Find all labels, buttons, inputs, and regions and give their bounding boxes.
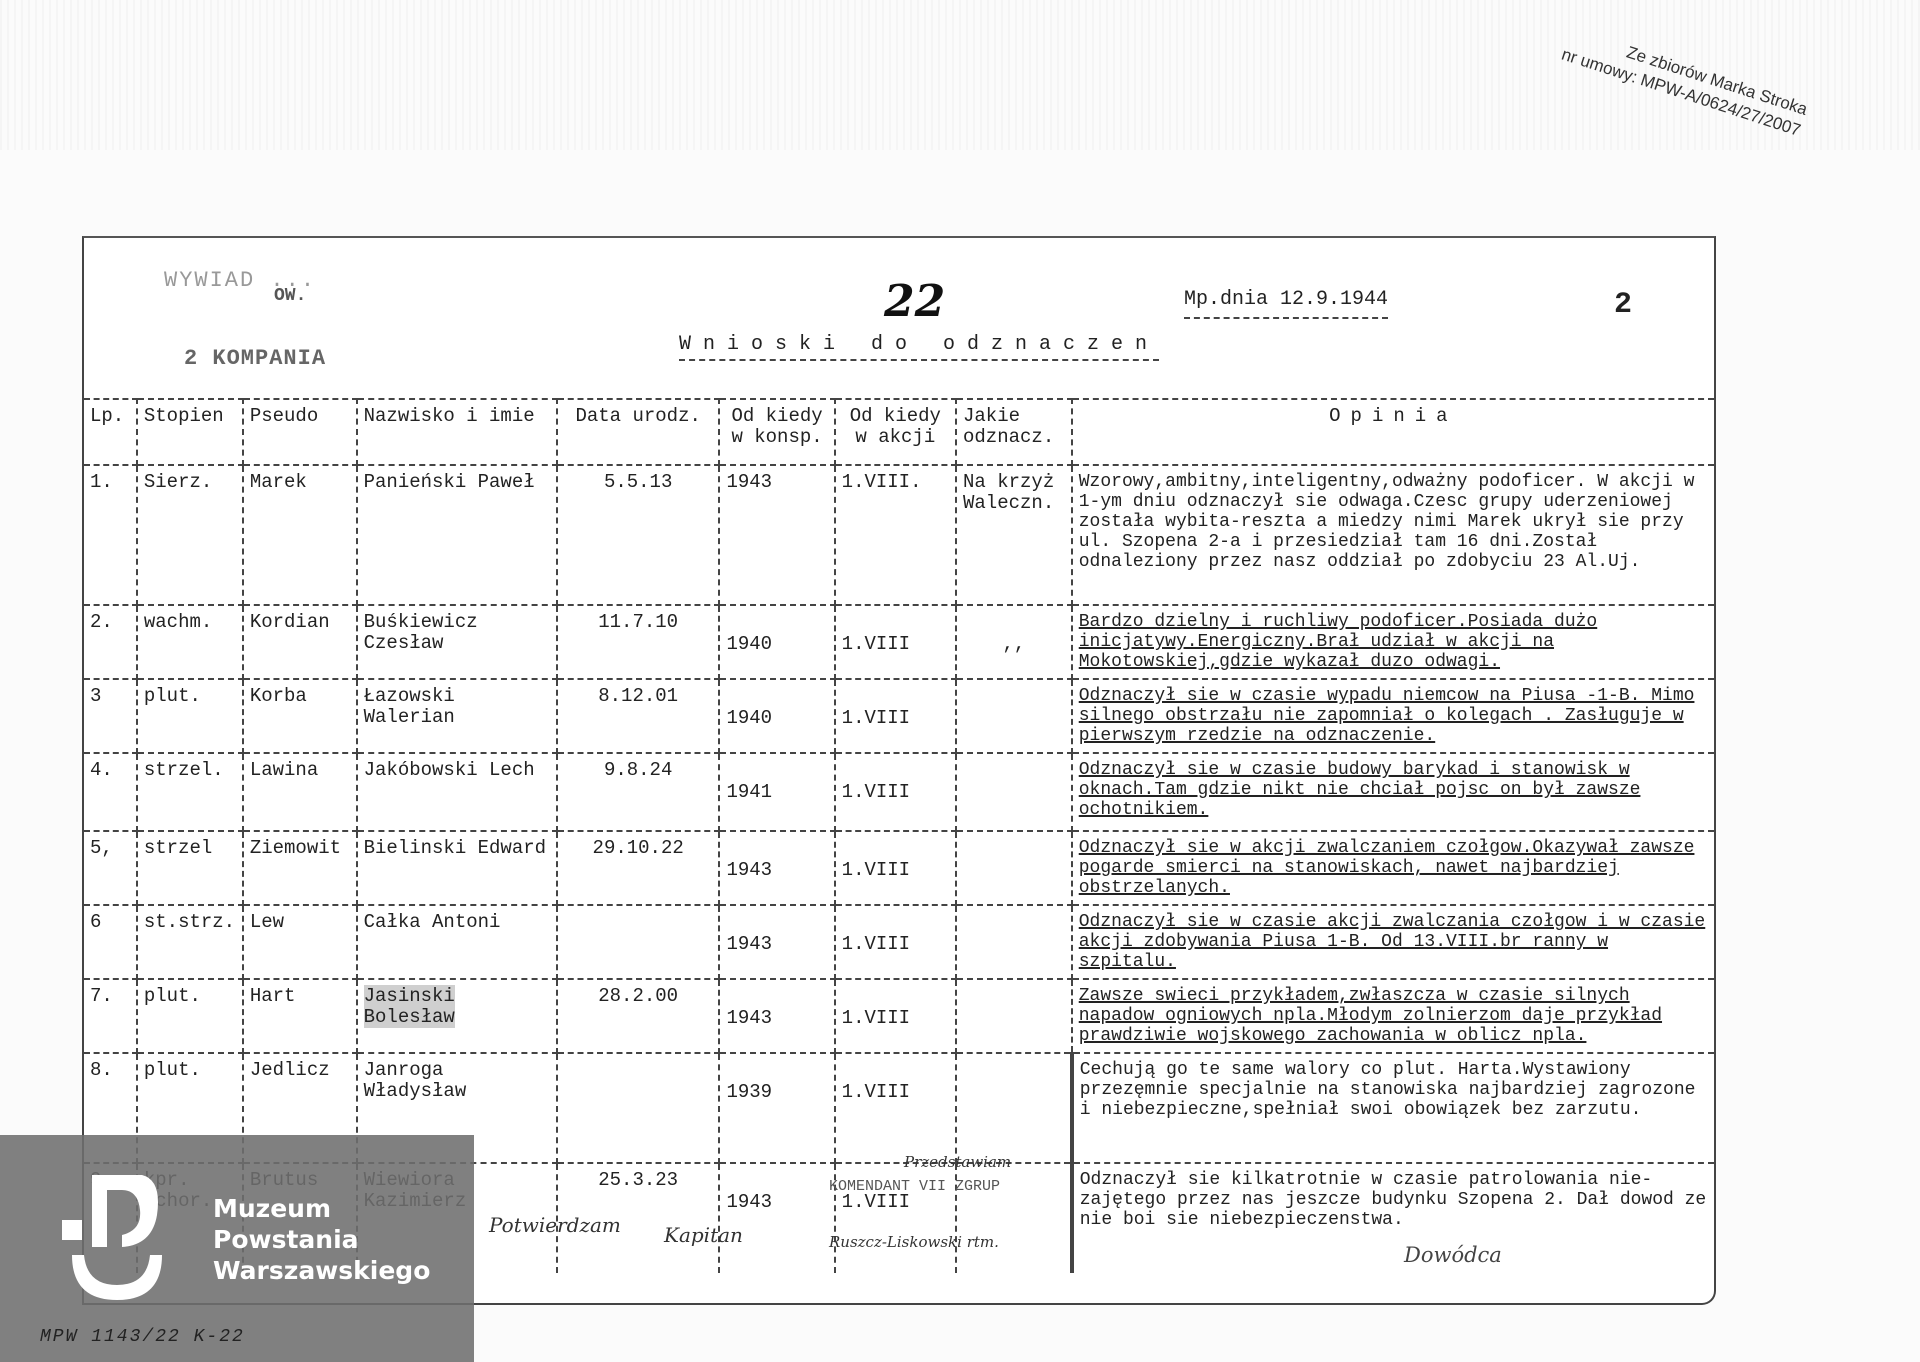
cell-odznacz <box>956 979 1072 1053</box>
cell-data-urodz: 8.12.01 <box>557 679 720 753</box>
cell-lp: 7. <box>84 979 137 1053</box>
cell-lp: 6 <box>84 905 137 979</box>
annotation-komendant: KOMENDANT VII ZGRUP <box>829 1178 1000 1195</box>
museum-name-line-3: Warszawskiego <box>213 1255 430 1286</box>
cell-data-urodz: 11.7.10 <box>557 605 720 679</box>
cell-pseudo: Kordian <box>243 605 357 679</box>
museum-name-line-1: Muzeum <box>213 1193 430 1224</box>
cell-stopien: Sierz. <box>137 465 243 605</box>
cell-od-akcji: 1.VIII <box>835 979 956 1053</box>
cell-od-akcji: 1.VIII <box>835 679 956 753</box>
museum-logo-overlay: Muzeum Powstania Warszawskiego MPW 1143/… <box>0 1135 474 1362</box>
table-row: 3 plut. Korba Łazowski Walerian 8.12.01 … <box>84 679 1714 753</box>
cell-pseudo: Lew <box>243 905 357 979</box>
table-header-row: Lp. Stopien Pseudo Nazwisko i imie Data … <box>84 399 1714 465</box>
header-pseudo: Pseudo <box>243 399 357 465</box>
annotation-rotmistrz: Ruszcz-Liskowski rtm. <box>829 1233 999 1251</box>
cell-od-akcji: 1.VIII <box>835 753 956 831</box>
cell-od-konsp: 1940 <box>719 605 834 679</box>
cell-data-urodz: 9.8.24 <box>557 753 720 831</box>
table-row: 4. strzel. Lawina Jakóbowski Lech 9.8.24… <box>84 753 1714 831</box>
cell-opinia: Odznaczył sie w czasie wypadu niemcow na… <box>1072 679 1714 753</box>
table-row: 6 st.strz. Lew Całka Antoni 1943 1.VIII … <box>84 905 1714 979</box>
table-row: 5, strzel Ziemowit Bielinski Edward 29.1… <box>84 831 1714 905</box>
unit-stamp: WYWIAD ... OW. 2 KOMPANIA <box>124 268 384 378</box>
cell-nazwisko: Jasinski Bolesław <box>357 979 557 1053</box>
cell-opinia: Odznaczył sie w czasie akcji zwalczania … <box>1072 905 1714 979</box>
table-row: 1. Sierz. Marek Panieński Paweł 5.5.13 1… <box>84 465 1714 605</box>
cell-pseudo: Ziemowit <box>243 831 357 905</box>
cell-opinia: Odznaczył sie w akcji zwalczaniem czołgo… <box>1072 831 1714 905</box>
cell-data-urodz: 29.10.22 <box>557 831 720 905</box>
cell-od-akcji: 1.VIII <box>835 905 956 979</box>
cell-od-akcji: 1.VIII <box>835 605 956 679</box>
cell-stopien: strzel. <box>137 753 243 831</box>
cell-odznacz <box>956 831 1072 905</box>
museum-name-line-2: Powstania <box>213 1224 430 1255</box>
cell-stopien: strzel <box>137 831 243 905</box>
cell-od-konsp: 1943 <box>719 465 834 605</box>
commander-signature: Dowódca <box>1404 1243 1502 1267</box>
cell-odznacz: ,, <box>956 605 1072 679</box>
cell-od-konsp: 1943 <box>719 979 834 1053</box>
cell-od-akcji: 1.VIII <box>835 1053 956 1163</box>
cell-opinia: Wzorowy,ambitny,inteligentny,odważny pod… <box>1072 465 1714 605</box>
cell-lp: 2. <box>84 605 137 679</box>
cell-stopien: wachm. <box>137 605 243 679</box>
cell-opinia: Odznaczył sie w czasie budowy barykad i … <box>1072 753 1714 831</box>
signature-left-1: Potwierdzam <box>489 1213 621 1237</box>
cell-opinia: Zawsze swieci przykładem,zwłaszcza w cza… <box>1072 979 1714 1053</box>
cell-odznacz: Na krzyż Waleczn. <box>956 465 1072 605</box>
cell-data-urodz: 5.5.13 <box>557 465 720 605</box>
cell-odznacz <box>956 1053 1072 1163</box>
header-od-konsp: Od kiedy w konsp. <box>719 399 834 465</box>
cell-opinia: Odznaczył sie kilkatrotnie w czasie patr… <box>1072 1163 1714 1273</box>
cell-od-konsp: 1943 <box>719 1163 834 1273</box>
table-row: 2. wachm. Kordian Buśkiewicz Czesław 11.… <box>84 605 1714 679</box>
cell-lp: 5, <box>84 831 137 905</box>
signature-left-2: Kapitan <box>664 1223 743 1247</box>
cell-nazwisko: Panieński Paweł <box>357 465 557 605</box>
cell-data-urodz <box>557 1053 720 1163</box>
header-odznacz: Jakie odznacz. <box>956 399 1072 465</box>
header-od-akcji: Od kiedy w akcji <box>835 399 956 465</box>
cell-od-konsp: 1943 <box>719 831 834 905</box>
header-lp: Lp. <box>84 399 137 465</box>
cell-opinia: Cechują go te same walory co plut. Harta… <box>1072 1053 1714 1163</box>
cell-od-akcji: 1.VIII <box>835 831 956 905</box>
header-data-urodz: Data urodz. <box>557 399 720 465</box>
cell-od-konsp: 1939 <box>719 1053 834 1163</box>
cell-nazwisko: Buśkiewicz Czesław <box>357 605 557 679</box>
cell-data-urodz <box>557 905 720 979</box>
cell-data-urodz: 28.2.00 <box>557 979 720 1053</box>
cell-pseudo: Hart <box>243 979 357 1053</box>
document-date: Mp.dnia 12.9.1944 <box>1184 288 1388 319</box>
header-opinia: Opinia <box>1072 399 1714 465</box>
document-title: Wnioski do odznaczen <box>679 333 1159 361</box>
highlighted-name: Jasinski Bolesław <box>364 985 455 1028</box>
anchor-emblem-icon <box>62 1175 172 1305</box>
cell-odznacz <box>956 905 1072 979</box>
cell-nazwisko: Jakóbowski Lech <box>357 753 557 831</box>
stamp-company: 2 KOMPANIA <box>184 346 326 371</box>
header-nazwisko: Nazwisko i imie <box>357 399 557 465</box>
museum-name: Muzeum Powstania Warszawskiego <box>213 1193 430 1286</box>
cell-stopien: plut. <box>137 979 243 1053</box>
cell-pseudo: Lawina <box>243 753 357 831</box>
cell-pseudo: Korba <box>243 679 357 753</box>
cell-odznacz <box>956 753 1072 831</box>
header-stopien: Stopien <box>137 399 243 465</box>
cell-od-konsp: 1940 <box>719 679 834 753</box>
cell-od-konsp: 1943 <box>719 905 834 979</box>
cell-lp: 3 <box>84 679 137 753</box>
corner-mark: 2 <box>1614 288 1632 322</box>
cell-lp: 1. <box>84 465 137 605</box>
cell-stopien: plut. <box>137 679 243 753</box>
cell-nazwisko: Łazowski Walerian <box>357 679 557 753</box>
stamp-line-2: OW. <box>274 286 306 306</box>
annotation-przedstawiam: Przedstawiam <box>904 1153 1011 1171</box>
handwritten-page-number: 22 <box>884 276 945 327</box>
archive-code: MPW 1143/22 K-22 <box>40 1327 245 1347</box>
table-row: 7. plut. Hart Jasinski Bolesław 28.2.00 … <box>84 979 1714 1053</box>
cell-opinia: Bardzo dzielny i ruchliwy podoficer.Posi… <box>1072 605 1714 679</box>
cell-odznacz <box>956 679 1072 753</box>
cell-stopien: st.strz. <box>137 905 243 979</box>
cell-pseudo: Marek <box>243 465 357 605</box>
cell-od-akcji: 1.VIII. <box>835 465 956 605</box>
cell-nazwisko: Bielinski Edward <box>357 831 557 905</box>
cell-nazwisko: Całka Antoni <box>357 905 557 979</box>
cell-lp: 4. <box>84 753 137 831</box>
cell-od-konsp: 1941 <box>719 753 834 831</box>
